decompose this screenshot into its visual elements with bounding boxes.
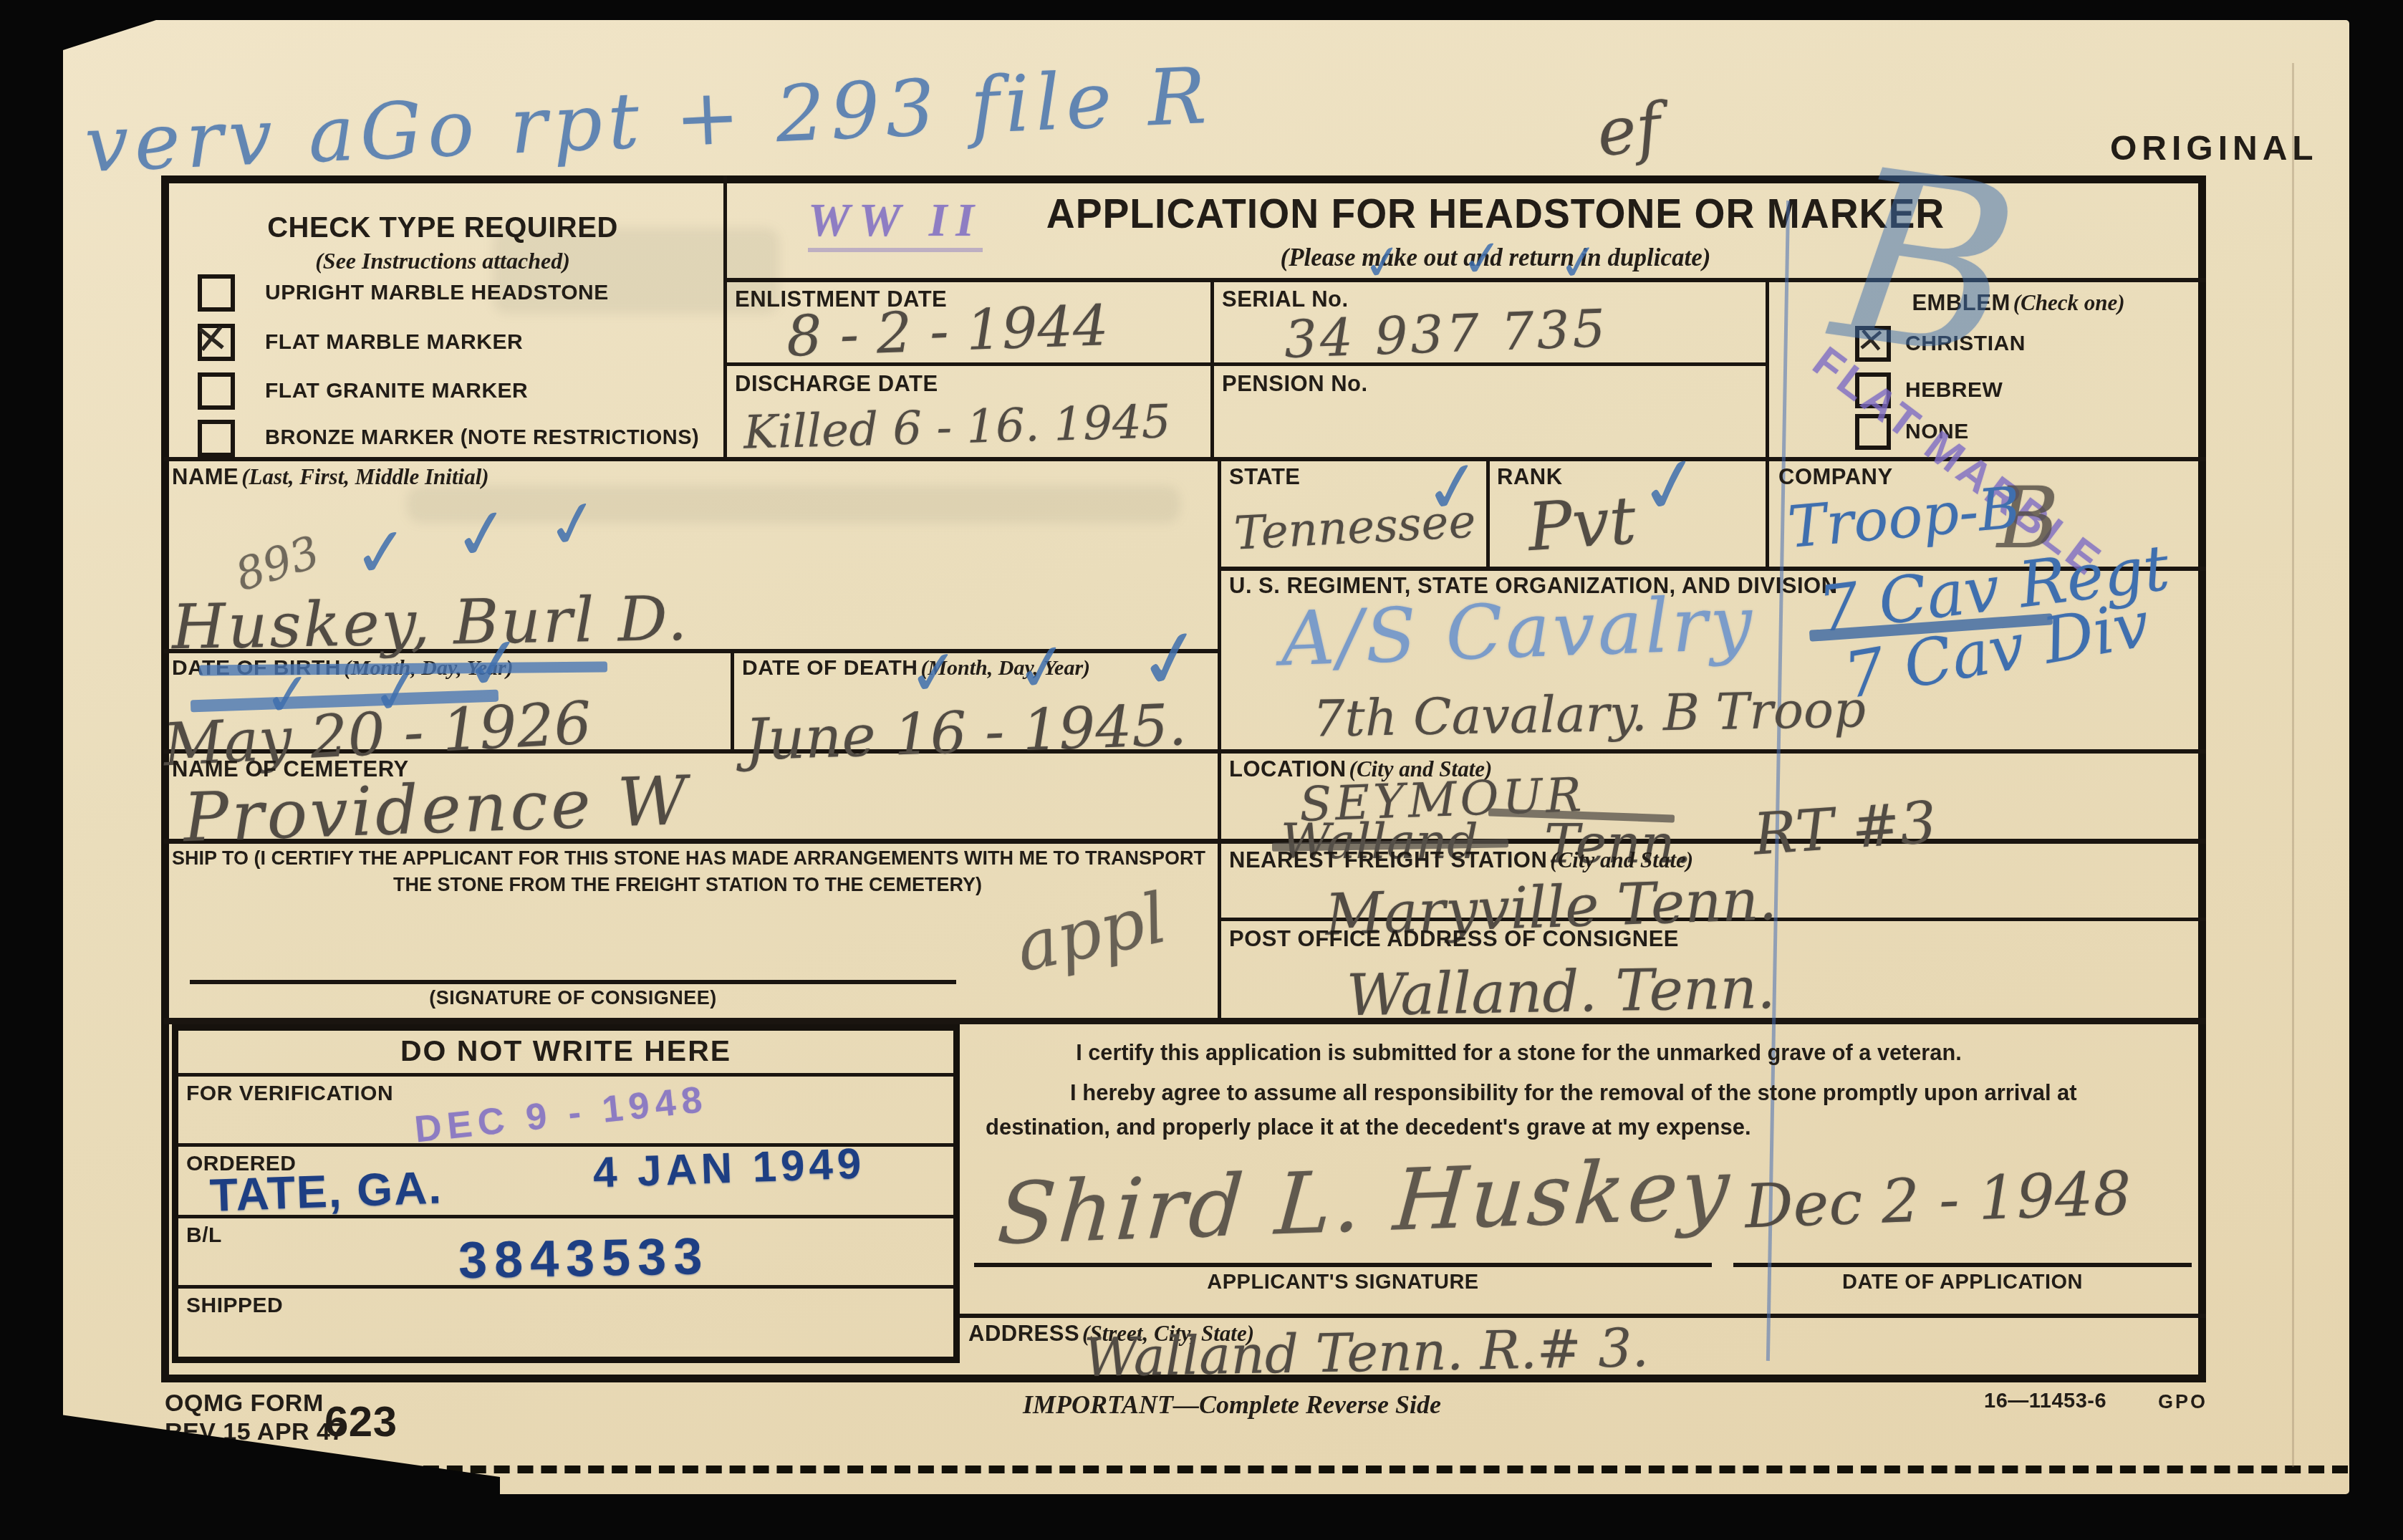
original-label: ORIGINAL — [2110, 129, 2318, 168]
pension-no-label: PENSION No. — [1222, 371, 1368, 397]
for-verification-label: FOR VERIFICATION — [186, 1082, 393, 1106]
discharge-date-label: DISCHARGE DATE — [735, 371, 938, 397]
address-value: Walland Tenn. R.# 3. — [1083, 1317, 1649, 1389]
checkbox-label: FLAT MARBLE MARKER — [265, 330, 523, 355]
important-note: IMPORTANT—Complete Reverse Side — [960, 1390, 1504, 1420]
rank-value: Pvt — [1525, 482, 1638, 566]
check-type-subtitle: (See Instructions attached) — [178, 248, 708, 274]
checkbox-flat-granite — [198, 372, 235, 410]
check-mark-icon: ✓ — [350, 512, 413, 595]
name-label-text: NAME — [172, 464, 239, 489]
emblem-title-paren: (Check one) — [2013, 290, 2125, 315]
bl-stamp: 3843533 — [458, 1227, 710, 1290]
checkbox-upright-marble — [198, 274, 235, 312]
ordered-stamp-date: 4 JAN 1949 — [592, 1138, 866, 1197]
po-address-value: Walland. Tenn. — [1346, 955, 1776, 1029]
discharge-date-value: Killed 6 - 16. 1945 — [743, 395, 1171, 460]
regiment-pencil: 7th Cavalary. B Troop — [1312, 680, 1866, 748]
freight-label-text: NEAREST FREIGHT STATION — [1229, 847, 1547, 872]
shipped-label: SHIPPED — [186, 1294, 283, 1318]
freight-label-paren: (City and State) — [1550, 847, 1693, 872]
gpo-label: GPO — [2158, 1391, 2207, 1413]
ship-to-label: SHIP TO (I CERTIFY THE APPLICANT FOR THI… — [172, 847, 1205, 870]
regiment-blue: A/S Cavalry — [1279, 579, 1756, 683]
freight-label: NEAREST FREIGHT STATION (City and State) — [1229, 847, 1693, 873]
check-mark-icon: ✓ — [448, 491, 516, 578]
rank-label: RANK — [1497, 464, 1563, 490]
certify-line2: I hereby agree to assume all responsibil… — [986, 1076, 2167, 1145]
pencil-mark: ef — [1594, 89, 1665, 172]
state-label: STATE — [1229, 464, 1301, 490]
address-label-text: ADDRESS — [968, 1321, 1079, 1346]
enlistment-date-value: 8 - 2 - 1944 — [786, 294, 1110, 370]
check-mark-icon: ✓ — [1459, 228, 1506, 290]
handwritten-note: verv aGo rpt + 293 file R — [83, 52, 1213, 191]
location-route: RT #3 — [1751, 789, 1938, 868]
form-paper: verv aGo rpt + 293 file R ef ORIGINAL CH… — [63, 20, 2349, 1494]
application-date: Dec 2 - 1948 — [1743, 1158, 2132, 1242]
checkbox-bronze — [198, 420, 235, 457]
name-label-paren: (Last, First, Middle Initial) — [241, 464, 488, 489]
check-mark-icon: ✓ — [1359, 233, 1406, 293]
x-mark-icon: ✕ — [193, 315, 231, 365]
perforation-edge — [400, 1466, 2348, 1473]
bl-label: B/L — [186, 1223, 222, 1248]
certify-line1: I certify this application is submitted … — [1076, 1040, 1961, 1066]
po-address-label: POST OFFICE ADDRESS OF CONSIGNEE — [1229, 926, 1679, 952]
application-date-label: DATE OF APPLICATION — [1733, 1271, 2192, 1294]
ship-to-label2: THE STONE FROM THE FREIGHT STATION TO TH… — [172, 874, 1203, 896]
form-number: 623 — [324, 1397, 398, 1446]
form-org: OQMG FORM — [165, 1390, 324, 1418]
ordered-stamp-place: TATE, GA. — [209, 1160, 443, 1221]
consignee-label: (SIGNATURE OF CONSIGNEE) — [190, 987, 956, 1009]
print-code: 16—11453-6 — [1984, 1390, 2106, 1413]
applicant-signature-label: APPLICANT'S SIGNATURE — [974, 1271, 1712, 1294]
checkbox-label: BRONZE MARKER (NOTE RESTRICTIONS) — [265, 426, 699, 450]
check-mark-icon: ✓ — [1555, 233, 1602, 294]
name-label: NAME (Last, First, Middle Initial) — [172, 464, 489, 490]
checkbox-label: FLAT GRANITE MARKER — [265, 379, 528, 403]
checkbox-label: UPRIGHT MARBLE HEADSTONE — [265, 281, 609, 305]
serial-no-value: 34 937 735 — [1284, 298, 1609, 370]
dod-label-text: DATE OF DEATH — [742, 656, 918, 680]
name-value: Huskey, Burl D. — [171, 583, 690, 664]
paper-crease — [2292, 63, 2294, 1467]
check-type-title: CHECK TYPE REQUIRED — [178, 212, 708, 244]
corner-tear — [63, 20, 156, 50]
do-not-write-title: DO NOT WRITE HERE — [178, 1034, 953, 1068]
